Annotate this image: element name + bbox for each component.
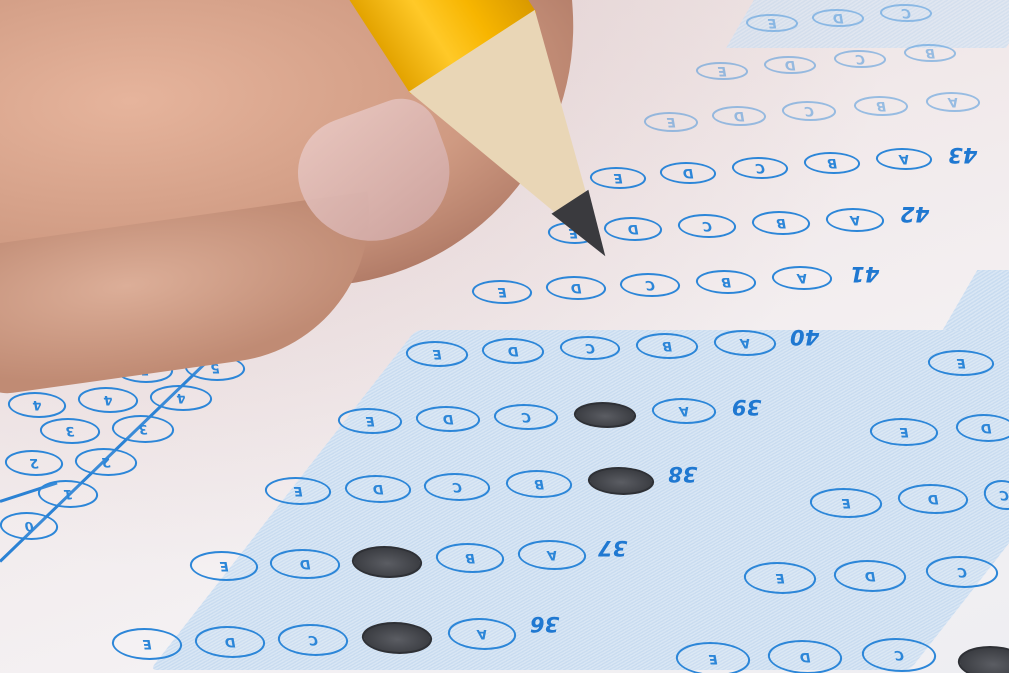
question-number: 42 [900, 202, 929, 226]
question-number: 43 [948, 143, 977, 167]
question-number: 41 [850, 262, 879, 286]
question-number: 40 [790, 325, 819, 349]
question-number: 37 [598, 536, 627, 560]
question-number: 39 [732, 395, 761, 419]
question-number: 36 [530, 612, 559, 636]
photo-scene: 0 1 2 2 3 3 4 4 4 5 5 6 36 A B C D E 37 … [0, 0, 1009, 673]
question-number: 38 [668, 462, 697, 486]
